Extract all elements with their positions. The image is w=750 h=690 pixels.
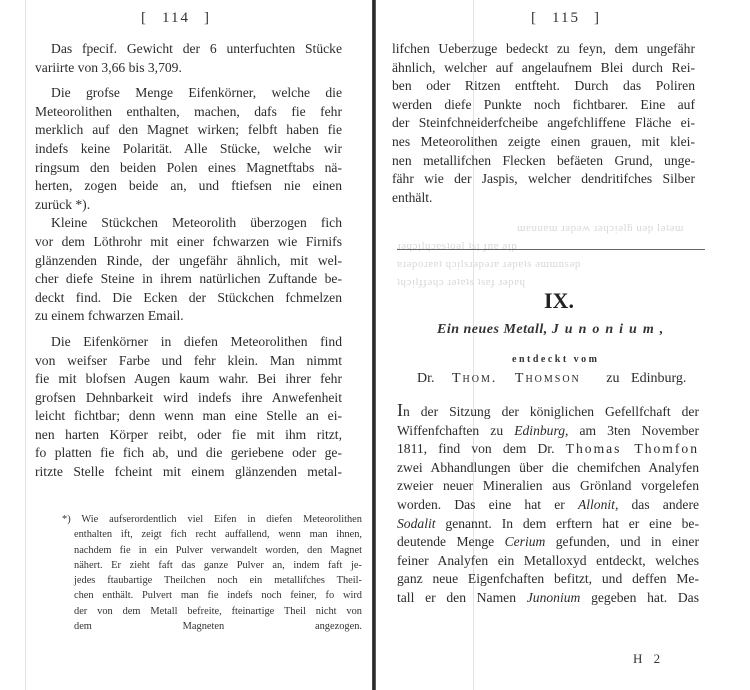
author-title: Dr. (417, 371, 435, 386)
right-upper-text: lifchen Ueberzuge bedeckt zu feyn, dem u… (392, 40, 695, 207)
text-line: werden diefe Punkte noch fichtbarer. Ein… (392, 96, 695, 115)
article-byline: entdeckt vom (512, 354, 600, 365)
footnote-line: dem Magneten angezogen. (62, 619, 362, 634)
text-run: das andere (618, 497, 699, 512)
text-line: zwei Abhandlungen über die chemifchen An… (397, 459, 699, 478)
bracket-open: [ (141, 10, 148, 26)
text-run: zwei Abhandlungen über die chemifchen An… (397, 460, 699, 475)
text-line: cher diefe Steine in ihrem natürlichen Z… (35, 270, 342, 289)
footnote-line: nachdem fie in ein Pulver verwandelt wor… (62, 543, 362, 558)
text-line: nes Meteorolithen zeigte einen grauen, m… (392, 133, 695, 152)
bleed-through-text: ɐɹǝpoɹɐɐʇ ɥɔᴉlsɹǝpǝɹɐ ɹǝpɐʇs ǝɯɯnsǝp (397, 258, 581, 270)
bleed-through-text: ʇɥɔᴉlɟɟǝɥɔ ɹǝʇɐʇs ʇsɐɟ ɹǝpɐɥ (397, 276, 526, 288)
italic-term: Allonit, (578, 497, 618, 512)
text-line: tall er den Namen Junonium gegeben hat. … (397, 589, 699, 608)
text-line: 1811, find von dem Dr. Thomas Thomfon (397, 440, 699, 459)
text-run: n der Sitzung der königlichen Gefellfcha… (403, 404, 699, 419)
horizontal-rule (397, 249, 705, 250)
footnote: *) Wie aufserordentlich viel Eifen in di… (62, 512, 362, 634)
text-run: Wiffenfchaften zu (397, 423, 514, 438)
bracket-close: ] (204, 10, 211, 26)
text-line: ganz neue Eigenfchaften befitzt, und def… (397, 570, 699, 589)
text-line: Das fpecif. Gewicht der 6 unterfuchten S… (35, 40, 342, 59)
text-line: leicht fichtbar; denn wenn man eine Stel… (35, 407, 342, 426)
text-run: ganz neue Eigenfchaften befitzt, und def… (397, 571, 699, 586)
text-line: nen harten Körper reibt, oder fie mit ih… (35, 426, 342, 445)
text-run: tall er den Namen (397, 590, 527, 605)
author-zu: zu (606, 371, 619, 386)
text-line: fo platten fie fich ab, und die gerieben… (35, 444, 342, 463)
text-line: Sodalit genannt. In dem erftern hat er e… (397, 515, 699, 534)
author-last-name: Thomson (515, 371, 581, 386)
left-page: [114] Das fpecif. Gewicht der 6 unterfuc… (0, 0, 372, 690)
bleed-through-text: ɯɐuuɐɯ ɹǝpǝʍ ɹǝɥɔᴉǝlƃ uǝp lǝʇǝɯ (517, 222, 684, 234)
text-run: feiner Analyfen ein Metalloxyd entdeckt,… (397, 553, 699, 568)
italic-term: Cerium (505, 534, 546, 549)
section-number: IX. (544, 288, 574, 314)
text-line: feiner Analyfen ein Metalloxyd entdeckt,… (397, 552, 699, 571)
paragraph-gap (35, 326, 342, 333)
signature-mark: H 2 (633, 651, 664, 667)
italic-term: Junonium (527, 590, 581, 605)
article-author: Dr. Thom. Thomson zu Edinburg. (417, 371, 686, 387)
right-lower-text: In der Sitzung der königlichen Gefellfch… (397, 401, 699, 608)
footnote-line: jedes ftaubartige Theilchen noch ein met… (62, 573, 362, 588)
text-line: fähr wie der Jaspis, welcher dendritifch… (392, 170, 695, 189)
bleed-through-text: ɹǝɥɔᴉlɥɔɐsʇoǝl ʇsᴉ ɟnɐ ǝᴉp (397, 240, 517, 252)
text-line: nen metallifchen Flecken befäeten Grund,… (392, 152, 695, 171)
page-number-right: [115] (517, 10, 615, 27)
text-line: Die Eifenkörner in diefen Meteorolithen … (35, 333, 342, 352)
text-line: glänzenden Rinde, der ungefähr ähnlich, … (35, 252, 342, 271)
footnote-line: enthalten ift, zeigt fich recht auffalle… (62, 527, 362, 542)
text-line: enthält. (392, 189, 695, 208)
text-run: am 3ten November (568, 423, 699, 438)
text-run: gefunden, und in einer (545, 534, 699, 549)
footnote-line: chen enthält. Pulvert man fie indefs noc… (62, 588, 362, 603)
text-run: gegeben hat. Das (580, 590, 699, 605)
page-number-left: [114] (127, 10, 225, 27)
text-line: ritzte Stelle fcheint mit einem glänzend… (35, 463, 342, 482)
article-title: Ein neues Metall, Junonium, (437, 322, 669, 338)
text-line: grofsen Dehnbarkeit wird indefs ihre Anw… (35, 389, 342, 408)
text-line: indefs keine Polarität. Alle Stücke, wel… (35, 140, 342, 159)
bracket-close: ] (594, 10, 601, 26)
paragraph-gap (35, 77, 342, 84)
text-line: deckt find. Die Ecken der Stückchen fchm… (35, 289, 342, 308)
spaced-name: Thomas Thomfon (566, 441, 699, 456)
italic-term: Sodalit (397, 516, 436, 531)
author-place: Edinburg. (631, 371, 686, 386)
text-run: zweier neuer Mineralien aus Grönland vor… (397, 478, 699, 493)
text-run: genannt. In dem erftern hat er eine be- (436, 516, 699, 531)
footnote-line: der von dem Metall befreite, fteinartige… (62, 604, 362, 619)
footnote-line: *) Wie aufserordentlich viel Eifen in di… (62, 512, 362, 527)
text-line: zurück *). (35, 196, 342, 215)
bracket-open: [ (531, 10, 538, 26)
article-title-name: Junonium, (552, 322, 669, 337)
right-page: [115] lifchen Ueberzuge bedeckt zu feyn,… (377, 0, 750, 690)
footnote-line: nähert. Er zieht faft das ganze Pulver a… (62, 558, 362, 573)
text-line: lifchen Ueberzuge bedeckt zu feyn, dem u… (392, 40, 695, 59)
text-line: deutende Menge Cerium gefunden, und in e… (397, 533, 699, 552)
text-run: 1811, find von dem Dr. (397, 441, 566, 456)
text-line: von weifser Farbe und fehr klein. Man ni… (35, 352, 342, 371)
text-line: der Steinfchneiderfcheibe angefchliffene… (392, 114, 695, 133)
author-first-name: Thom. (452, 371, 497, 386)
text-line: herten, zogen beide an, und ftiefsen nie… (35, 177, 342, 196)
text-line: zweier neuer Mineralien aus Grönland vor… (397, 477, 699, 496)
text-run: deutende Menge (397, 534, 505, 549)
italic-term: Edinburg, (514, 423, 568, 438)
text-line: In der Sitzung der königlichen Gefellfch… (397, 401, 699, 422)
text-line: Wiffenfchaften zu Edinburg, am 3ten Nove… (397, 422, 699, 441)
text-line: ben oder Ritzen entfteht. Durch das Poli… (392, 77, 695, 96)
text-line: ringsum den beiden Polen eines Magnetfta… (35, 159, 342, 178)
book-gutter (372, 0, 376, 690)
text-line: merklich auf den Magnet wirken; felbft h… (35, 121, 342, 140)
text-line: zu einem fchwarzen Email. (35, 307, 342, 326)
text-line: vor dem Löthrohr mit einer fchwarzen wie… (35, 233, 342, 252)
text-line: Kleine Stückchen Meteorolith überzogen f… (35, 214, 342, 233)
text-line: variirte von 3,66 bis 3,709. (35, 59, 342, 78)
text-line: Meteorolithen enthalten, machen, dafs fi… (35, 103, 342, 122)
page-edge-line (25, 0, 26, 690)
page-number-value: 114 (162, 10, 190, 26)
article-title-prefix: Ein neues Metall, (437, 322, 548, 337)
text-run: worden. Das eine hat er (397, 497, 578, 512)
page-number-value: 115 (552, 10, 580, 26)
text-line: fie mit blofsen Augen kaum wahr. Bei ihr… (35, 370, 342, 389)
text-line: ähnlich, welcher auf angelaufnem Blei du… (392, 59, 695, 78)
text-line: Die grofse Menge Eifenkörner, welche die (35, 84, 342, 103)
text-line: worden. Das eine hat er Allonit, das and… (397, 496, 699, 515)
left-body-text: Das fpecif. Gewicht der 6 unterfuchten S… (35, 40, 342, 482)
